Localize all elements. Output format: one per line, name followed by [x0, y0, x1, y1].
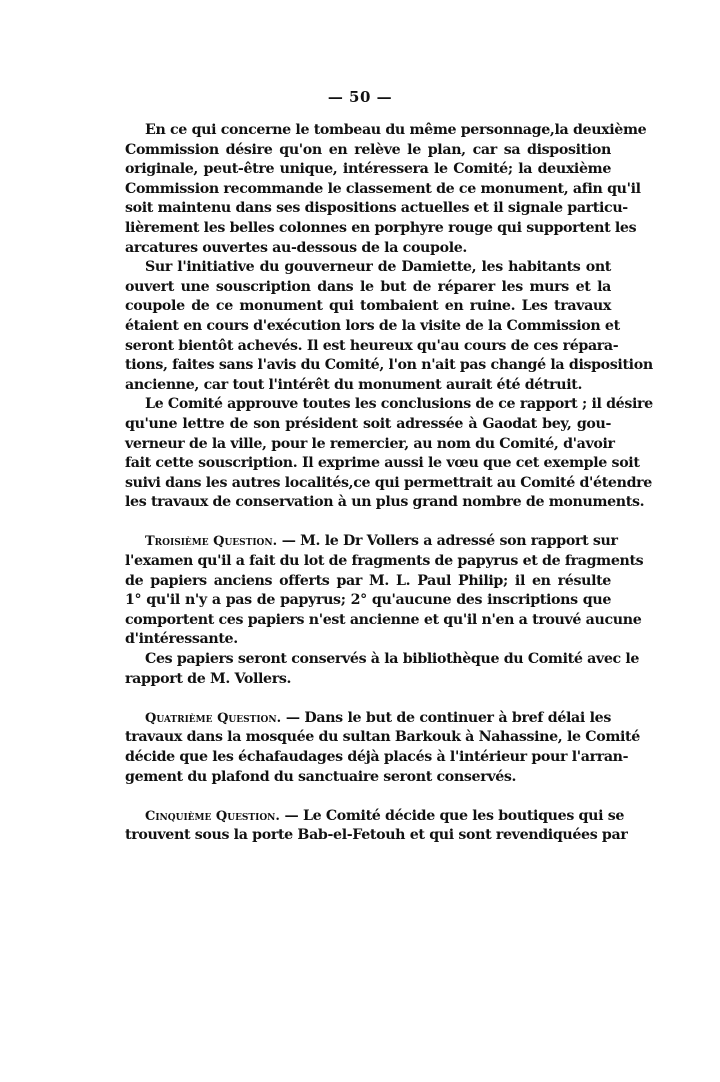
paragraph-damiette: Sur l'initiative du gouverneur de Damiet… [125, 258, 611, 395]
text-line: gement du plafond du sanctuaire seront c… [125, 768, 611, 788]
text-line: ancienne, car tout l'intérêt du monument… [125, 376, 611, 396]
section-heading: Troisième Question. [145, 534, 277, 549]
text-line: Ces papiers seront conservés à la biblio… [125, 650, 611, 670]
text-line: d'intéressante. [125, 630, 611, 650]
heading-continuation: — Dans le but de continuer à bref délai … [281, 710, 611, 726]
paragraph-comite-approuve: Le Comité approuve toutes les conclusion… [125, 395, 611, 513]
paragraph-tomb: En ce qui concerne le tombeau du même pe… [125, 121, 611, 258]
text-line: ouvert une souscription dans le but de r… [125, 278, 611, 298]
text-line: soit maintenu dans ses dispositions actu… [125, 199, 611, 219]
text-line: Commission désire qu'on en relève le pla… [125, 141, 611, 161]
section-spacer [125, 787, 611, 807]
text-line: coupole de ce monument qui tombaient en … [125, 297, 611, 317]
section-troisieme-question: Troisième Question. — M. le Dr Vollers a… [125, 532, 611, 689]
heading-continuation: — Le Comité décide que les boutiques qui… [280, 808, 624, 824]
text-line: de papiers anciens offerts par M. L. Pau… [125, 572, 611, 592]
text-line: Le Comité approuve toutes les conclusion… [125, 395, 611, 415]
text-line: Cinquième Question. — Le Comité décide q… [125, 807, 611, 827]
text-line: l'examen qu'il a fait du lot de fragment… [125, 552, 611, 572]
section-cinquieme-question: Cinquième Question. — Le Comité décide q… [125, 807, 611, 846]
section-spacer [125, 689, 611, 709]
text-line: arcatures ouvertes au-dessous de la coup… [125, 239, 611, 259]
text-line: En ce qui concerne le tombeau du même pe… [125, 121, 611, 141]
text-line: lièrement les belles colonnes en porphyr… [125, 219, 611, 239]
text-line: 1° qu'il n'y a pas de papyrus; 2° qu'auc… [125, 591, 611, 611]
section-quatrieme-question: Quatrième Question. — Dans le but de con… [125, 709, 611, 787]
text-line: travaux dans la mosquée du sultan Barkou… [125, 728, 611, 748]
text-line: décide que les échafaudages déjà placés … [125, 748, 611, 768]
text-line: Commission recommande le classement de c… [125, 180, 611, 200]
section-spacer [125, 513, 611, 533]
section-heading: Cinquième Question. [145, 809, 280, 824]
text-line: seront bientôt achevés. Il est heureux q… [125, 337, 611, 357]
text-line: Quatrième Question. — Dans le but de con… [125, 709, 611, 729]
text-line: tions, faites sans l'avis du Comité, l'o… [125, 356, 611, 376]
text-line: verneur de la ville, pour le remercier, … [125, 435, 611, 455]
page-body: En ce qui concerne le tombeau du même pe… [125, 121, 611, 846]
text-line: étaient en cours d'exécution lors de la … [125, 317, 611, 337]
page-number: — 50 — [0, 88, 720, 106]
text-line: rapport de M. Vollers. [125, 670, 611, 690]
text-line: fait cette souscription. Il exprime auss… [125, 454, 611, 474]
heading-continuation: — M. le Dr Vollers a adressé son rapport… [277, 533, 617, 549]
text-line: originale, peut-être unique, intéressera… [125, 160, 611, 180]
text-line: Sur l'initiative du gouverneur de Damiet… [125, 258, 611, 278]
text-line: les travaux de conservation à un plus gr… [125, 493, 611, 513]
text-line: comportent ces papiers n'est ancienne et… [125, 611, 611, 631]
text-line: Troisième Question. — M. le Dr Vollers a… [125, 532, 611, 552]
text-line: qu'une lettre de son président soit adre… [125, 415, 611, 435]
section-heading: Quatrième Question. [145, 711, 281, 726]
text-line: suivi dans les autres localités,ce qui p… [125, 474, 611, 494]
text-line: trouvent sous la porte Bab-el-Fetouh et … [125, 826, 611, 846]
